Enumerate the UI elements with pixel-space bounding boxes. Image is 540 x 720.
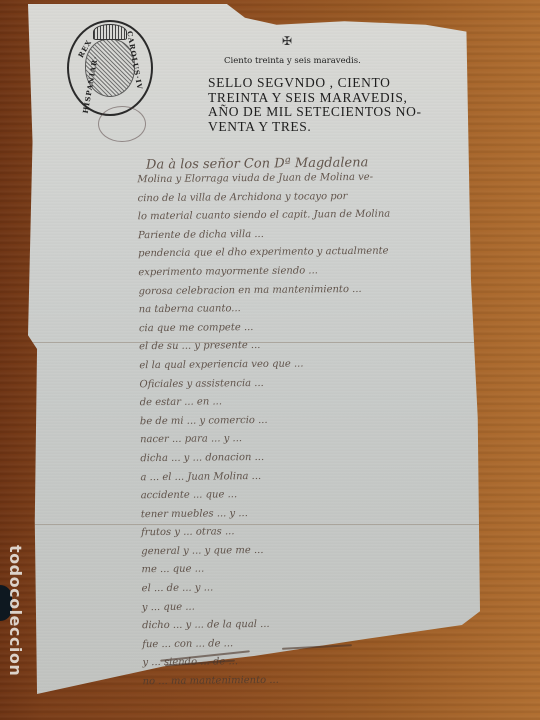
stamp-line: VENTA Y TRES. xyxy=(208,120,422,135)
stamp-line: SELLO SEGVNDO , CIENTO xyxy=(208,76,422,91)
crown-icon xyxy=(93,24,127,40)
printed-stamp-text: SELLO SEGVNDO , CIENTO TREINTA Y SEIS MA… xyxy=(208,76,422,134)
handwritten-body-continued: Molina y Elorraga viuda de Juan de Molin… xyxy=(53,168,458,693)
stamp-line: AÑO DE MIL SETECIENTOS NO- xyxy=(208,105,422,120)
royal-seal: REX CAROLUS·IV HISPANIAR· xyxy=(67,20,153,116)
cross-icon: ✠ xyxy=(282,34,292,48)
price-header: Ciento treinta y seis maravedis. xyxy=(224,56,361,66)
todocoleccion-watermark: todocoleccion xyxy=(6,545,25,676)
stamp-line: TREINTA Y SEIS MARAVEDIS, xyxy=(208,91,422,106)
secondary-stamp xyxy=(98,106,146,142)
